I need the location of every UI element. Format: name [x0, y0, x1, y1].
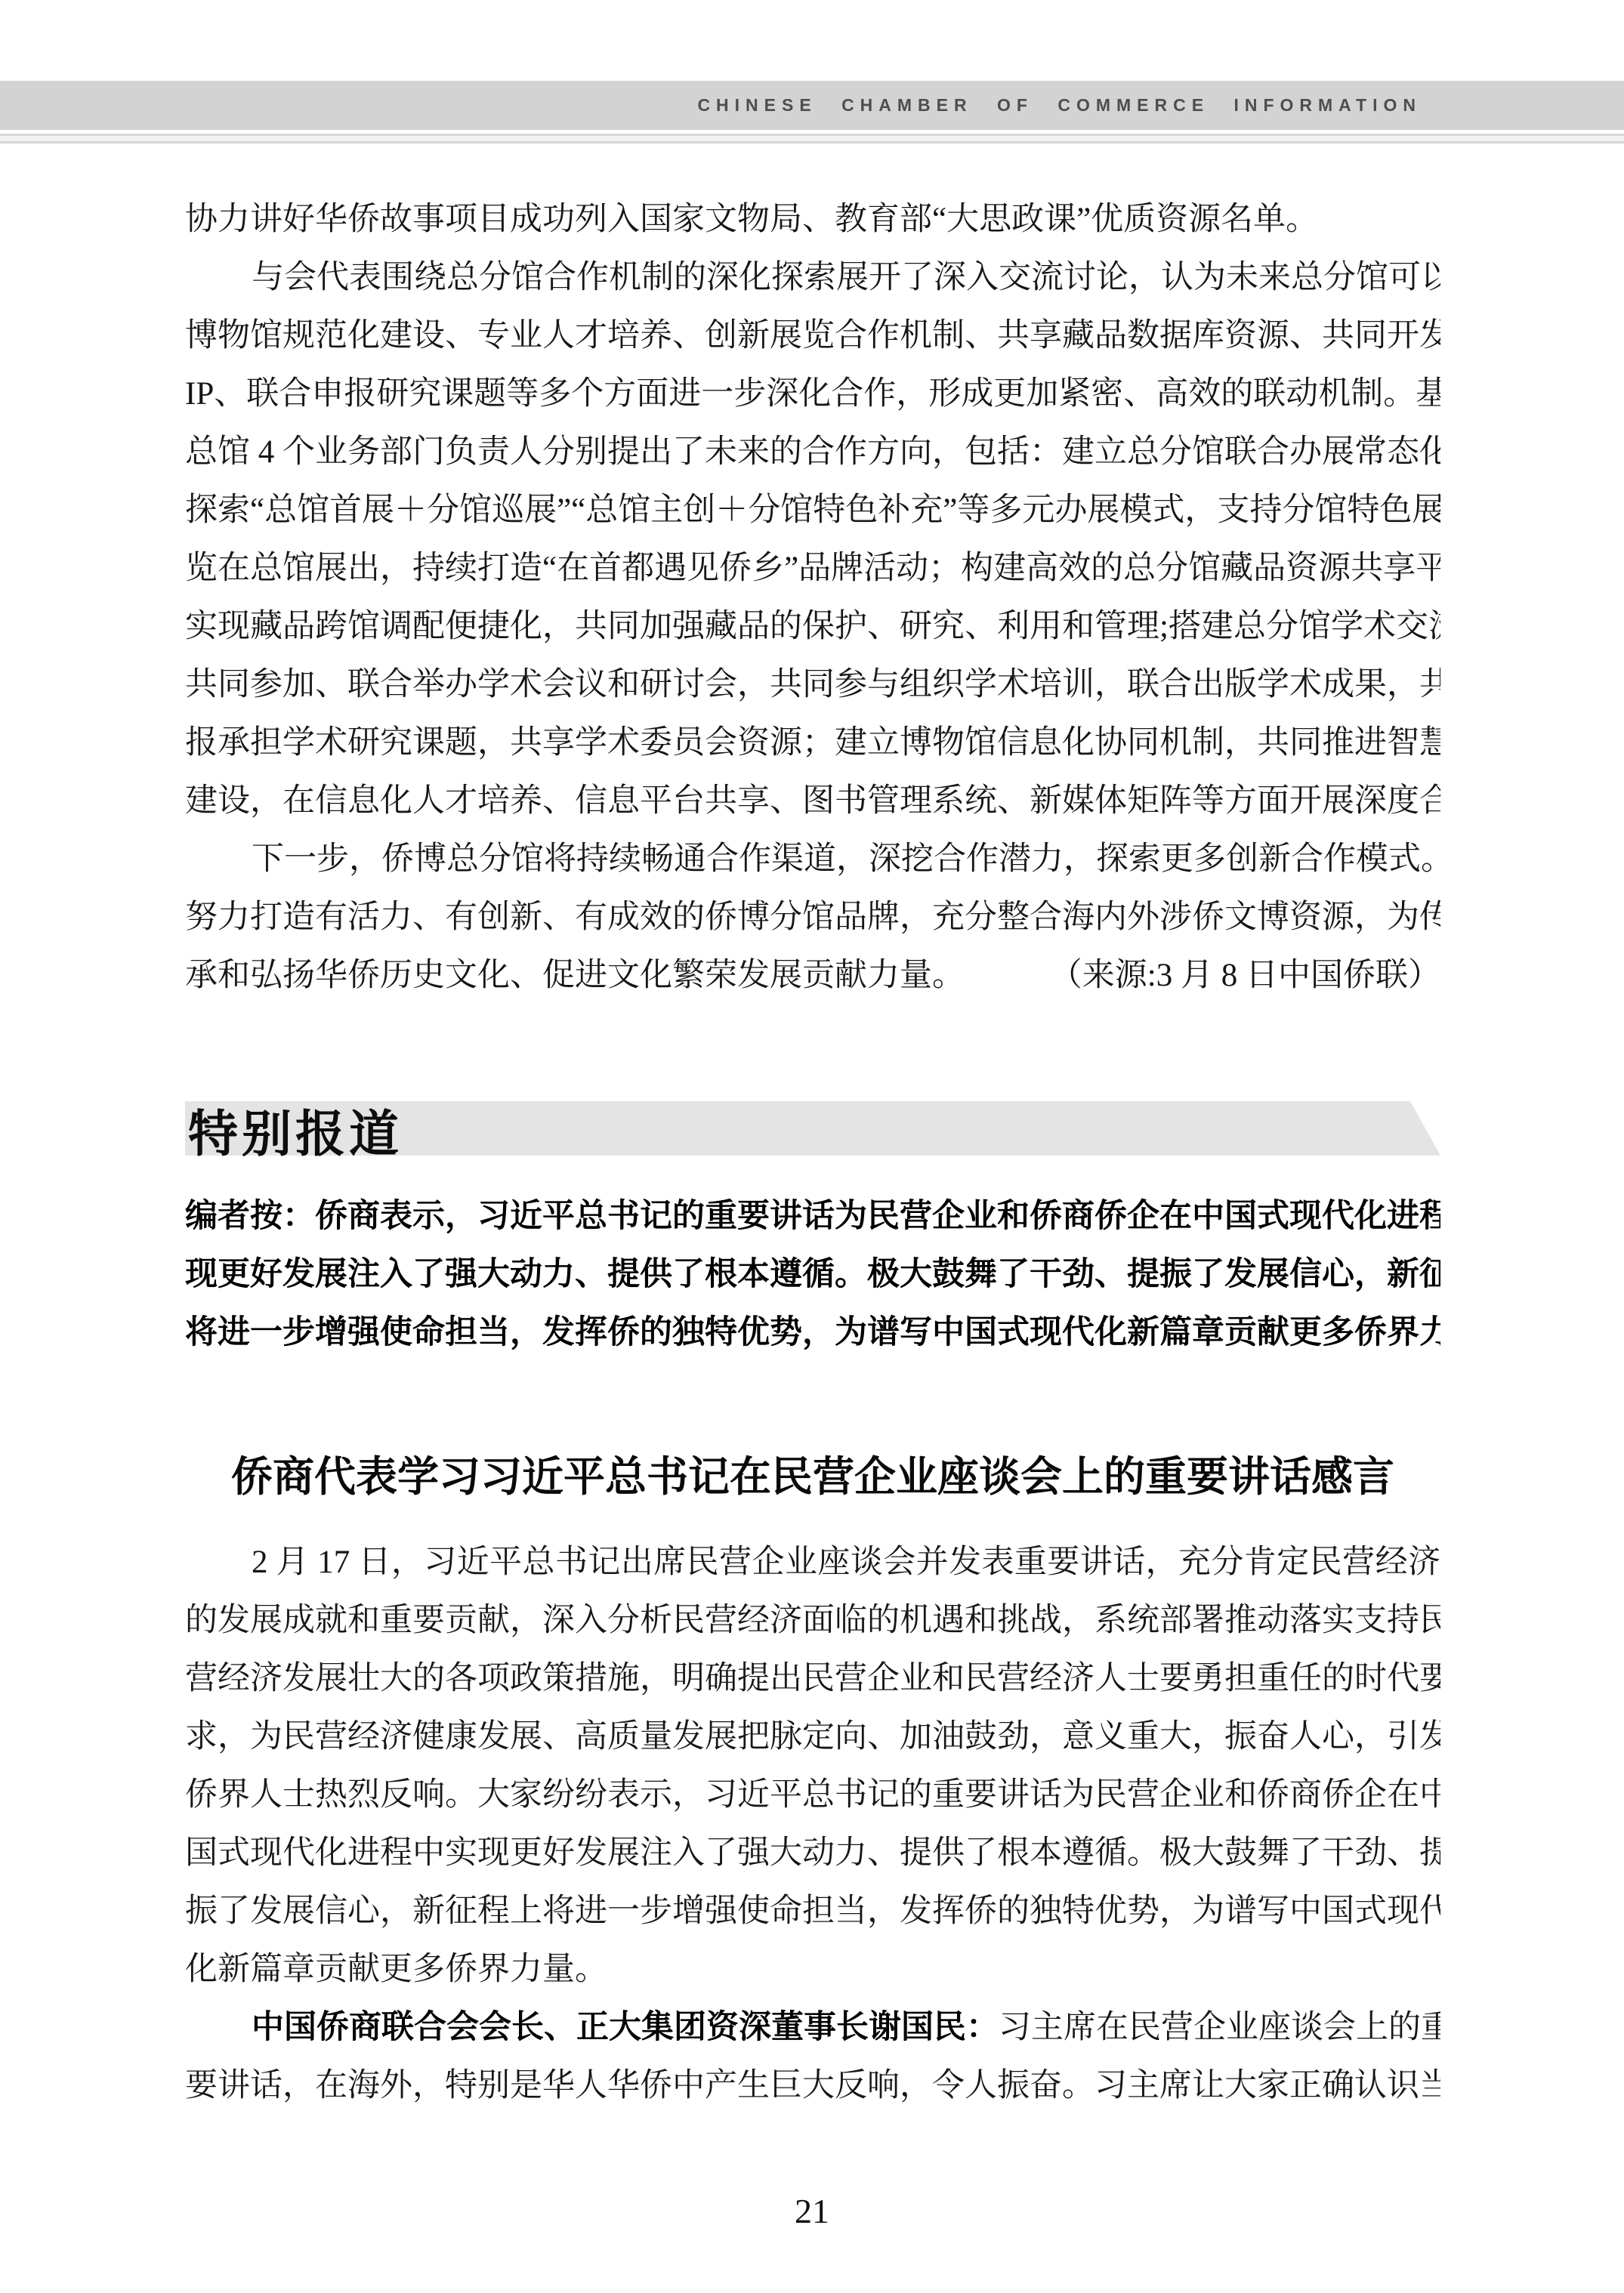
article2-body-part1: 2 月 17 日，习近平总书记出席民营企业座谈会并发表重要讲话，充分肯定民营经济… — [185, 1533, 1440, 1998]
body-text-line: 探索“总馆首展＋分馆巡展”“总馆主创＋分馆特色补充”等多元办展模式，支持分馆特色… — [185, 481, 1440, 539]
article2-body-part2: 要讲话，在海外，特别是华人华侨中产生巨大反响，令人振奋。习主席让大家正确认识当 — [185, 2057, 1440, 2115]
editor-note-line: 现更好发展注入了强大动力、提供了根本遵循。极大鼓舞了干劲、提振了发展信心，新征程… — [185, 1245, 1440, 1304]
body-text-line: 博物馆规范化建设、专业人才培养、创新展览合作机制、共享藏品数据库资源、共同开发文… — [185, 307, 1440, 365]
body-text-line: IP、联合申报研究课题等多个方面进一步深化合作，形成更加紧密、高效的联动机制。基… — [185, 365, 1440, 423]
body-text-line: 振了发展信心，新征程上将进一步增强使命担当，发挥侨的独特优势，为谱写中国式现代 — [185, 1882, 1440, 1940]
body-text-line: 与会代表围绕总分馆合作机制的深化探索展开了深入交流讨论，认为未来总分馆可以在 — [185, 248, 1440, 307]
article2-headline: 侨商代表学习习近平总书记在民营企业座谈会上的重要讲话感言 — [185, 1446, 1440, 1507]
magazine-page: CHINESE CHAMBER OF COMMERCE INFORMATION … — [0, 0, 1624, 2293]
header-bar: CHINESE CHAMBER OF COMMERCE INFORMATION — [0, 81, 1624, 130]
body-text-line: 求，为民营经济健康发展、高质量发展把脉定向、加油鼓劲，意义重大，振奋人心，引发 — [185, 1708, 1440, 1766]
body-text-line: 协力讲好华侨故事项目成功列入国家文物局、教育部“大思政课”优质资源名单。 — [185, 190, 1440, 248]
editor-note: 编者按：侨商表示，习近平总书记的重要讲话为民营企业和侨商侨企在中国式现代化进程中… — [185, 1187, 1440, 1362]
body-text-line: 要讲话，在海外，特别是华人华侨中产生巨大反响，令人振奋。习主席让大家正确认识当 — [185, 2057, 1440, 2115]
editor-note-line: 编者按：侨商表示，习近平总书记的重要讲话为民营企业和侨商侨企在中国式现代化进程中… — [185, 1187, 1440, 1245]
speaker-lead-rest: 习主席在民营企业座谈会上的重 — [999, 2010, 1440, 2045]
header-double-rule — [0, 134, 1624, 144]
body-text-line: 实现藏品跨馆调配便捷化，共同加强藏品的保护、研究、利用和管理;搭建总分馆学术交流… — [185, 597, 1440, 656]
body-text-line: 的发展成就和重要贡献，深入分析民营经济面临的机遇和挑战，系统部署推动落实支持民 — [185, 1591, 1440, 1650]
header-banner-text: CHINESE CHAMBER OF COMMERCE INFORMATION — [697, 81, 1422, 130]
body-text-line: 总馆 4 个业务部门负责人分别提出了未来的合作方向，包括：建立总分馆联合办展常态… — [185, 423, 1440, 481]
speaker-lead-bold: 中国侨商联合会会长、正大集团资深董事长谢国民： — [252, 2009, 999, 2045]
body-text-line: 览在总馆展出，持续打造“在首都遇见侨乡”品牌活动；构建高效的总分馆藏品资源共享平… — [185, 539, 1440, 597]
body-text-line: 努力打造有活力、有创新、有成效的侨博分馆品牌，充分整合海内外涉侨文博资源，为传 — [185, 888, 1440, 946]
body-text-line: 建设，在信息化人才培养、信息平台共享、图书管理系统、新媒体矩阵等方面开展深度合作… — [185, 772, 1440, 830]
body-text-line: 2 月 17 日，习近平总书记出席民营企业座谈会并发表重要讲话，充分肯定民营经济 — [185, 1533, 1440, 1591]
body-text-line: 国式现代化进程中实现更好发展注入了强大动力、提供了根本遵循。极大鼓舞了干劲、提 — [185, 1824, 1440, 1882]
body-text-line: 下一步，侨博总分馆将持续畅通合作渠道，深挖合作潜力，探索更多创新合作模式。 — [185, 830, 1440, 888]
body-text-line: 化新篇章贡献更多侨界力量。 — [185, 1940, 1440, 1998]
body-text-line: 侨界人士热烈反响。大家纷纷表示，习近平总书记的重要讲话为民营企业和侨商侨企在中 — [185, 1766, 1440, 1824]
editor-note-line: 将进一步增强使命担当，发挥侨的独特优势，为谱写中国式现代化新篇章贡献更多侨界力量… — [185, 1304, 1440, 1362]
page-number: 21 — [0, 2188, 1624, 2235]
body-text-line: 报承担学术研究课题，共享学术委员会资源；建立博物馆信息化协同机制，共同推进智慧文… — [185, 714, 1440, 772]
body-text-line: 共同参加、联合举办学术会议和研讨会，共同参与组织学术培训，联合出版学术成果，共同… — [185, 656, 1440, 714]
section-title: 特别报道 — [188, 1104, 403, 1167]
article1-body: 协力讲好华侨故事项目成功列入国家文物局、教育部“大思政课”优质资源名单。与会代表… — [185, 190, 1440, 1005]
body-text-line: 营经济发展壮大的各项政策措施，明确提出民营企业和民营经济人士要勇担重任的时代要 — [185, 1650, 1440, 1708]
article1-source: （来源:3 月 8 日中国侨联） — [185, 946, 1440, 1005]
body-text-line-with-lead: 中国侨商联合会会长、正大集团资深董事长谢国民：习主席在民营企业座谈会上的重 — [185, 1998, 1440, 2057]
article2-body: 2 月 17 日，习近平总书记出席民营企业座谈会并发表重要讲话，充分肯定民营经济… — [185, 1533, 1440, 2115]
